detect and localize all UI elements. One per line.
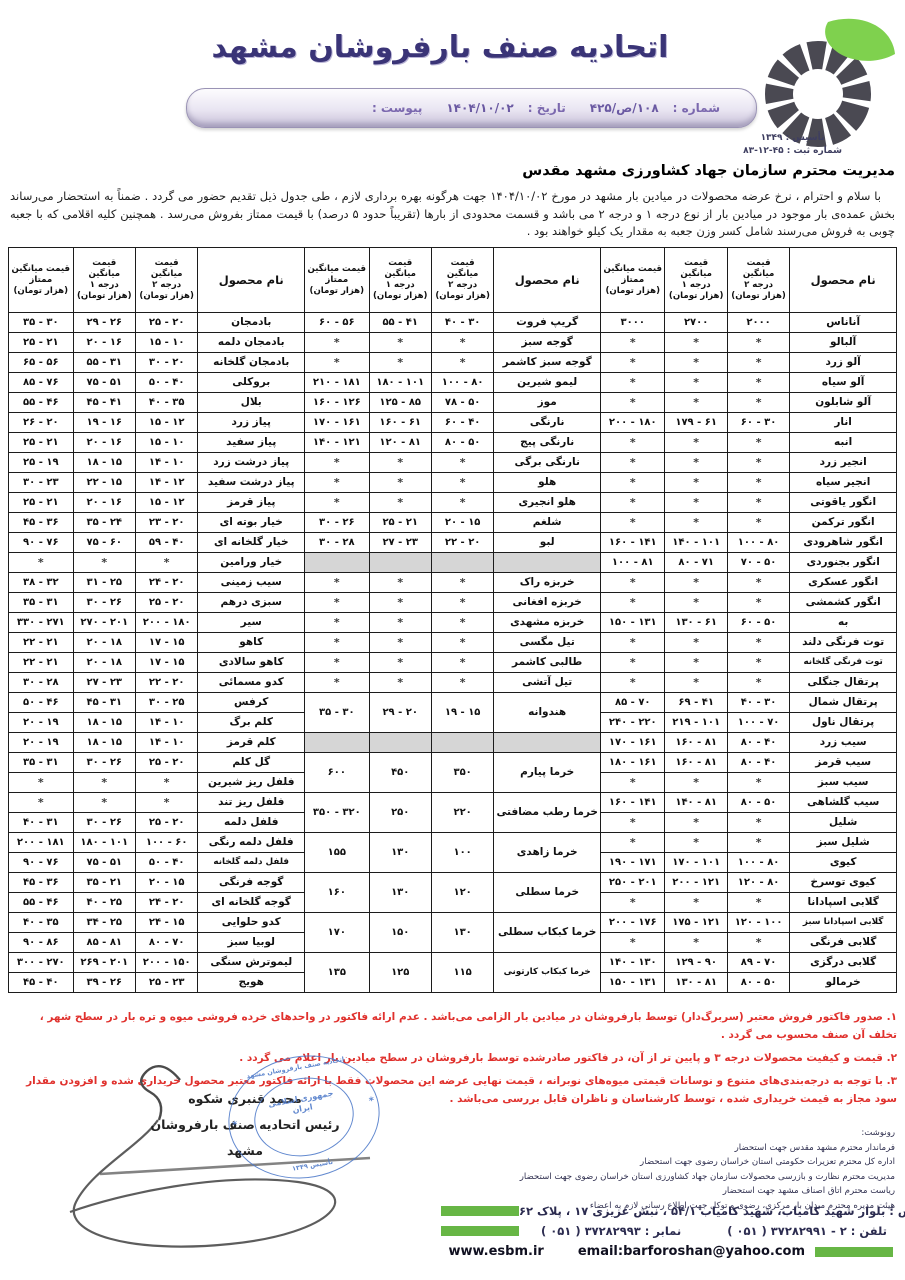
product-column-header: نام محصول [198,248,305,313]
product-name-cell: انجیر سیاه [790,473,897,493]
product-name-cell: خرما زاهدی [494,833,601,873]
product-name-cell: خیار گلخانه ای [198,533,305,553]
price-cell: ۴۶ - ۵۵ [9,893,74,913]
price-cell: ۲۳ - ۳۰ [9,473,74,493]
price-cell: ۸۱ - ۱۲۰ [369,433,431,453]
product-name-cell: گوجه سبز کاشمر [494,353,601,373]
price-cell: ۲۲۰ - ۲۴۰ [601,713,665,733]
price-cell: ۱۰۱ - ۱۸۰ [73,833,135,853]
price-cell: ۳۰ - ۶۰ [727,413,789,433]
no-supply-star-cell: * [727,393,789,413]
price-cell: ۲۷۰ - ۳۰۰ [9,953,74,973]
product-name-cell: خرما سطلی [494,873,601,913]
no-supply-star-cell: * [665,593,727,613]
product-name-cell: انگور ترکمن [790,513,897,533]
price-cell: ۱۲۶ - ۱۶۰ [305,393,369,413]
price-cell: ۴۱ - ۵۵ [369,313,431,333]
no-supply-star-cell: * [9,793,74,813]
product-name-cell: خیار بوته ای [198,513,305,533]
ref-attachment-label: پيوست : [372,101,422,115]
product-name-cell: طالبی کاشمر [494,653,601,673]
product-name-cell: بروکلی [198,373,305,393]
product-name-cell: پیاز درشت سفید [198,473,305,493]
price-cell: ۵۶ - ۶۵ [9,353,74,373]
price-cell: ۱۸۱ - ۲۰۰ [9,833,74,853]
product-name-cell: خربزه مشهدی [494,613,601,633]
price-cell: ۱۵ - ۱۸ [73,733,135,753]
product-name-cell: موز [494,393,601,413]
product-name-cell: شلیل سبز [790,833,897,853]
green-accent-bar [441,1206,519,1216]
price-cell: ۸۵ - ۱۲۵ [369,393,431,413]
no-supply-star-cell: * [727,373,789,393]
price-cell: ۲۰۱ - ۲۷۰ [73,613,135,633]
price-cell: ۲۱ - ۲۵ [9,493,74,513]
price-cell: ۲۰ - ۲۵ [135,593,197,613]
no-supply-star-cell: * [431,593,493,613]
price-cell: ۱۸۰ - ۲۰۰ [601,413,665,433]
no-supply-star-cell: * [135,553,197,573]
product-name-cell: انار [790,413,897,433]
no-supply-star-cell: * [601,473,665,493]
no-supply-star-cell: * [665,393,727,413]
price-cell: ۵۰ - ۸۰ [727,793,789,813]
product-name-cell: خرما کبکاب سطلی [494,913,601,953]
no-supply-star-cell: * [305,453,369,473]
price-cell: ۲۶ - ۳۰ [73,593,135,613]
price-column-header-grade1: قیمت میانگیندرجه ۱(هزار تومان) [665,248,727,313]
price-cell: ۱۰۱ - ۱۸۰ [369,373,431,393]
address-text: آدرس : بلوار شهید کامیاب، شهید کامیاب ۵۴… [519,1204,905,1218]
cc-title: رونوشت: [425,1126,895,1141]
price-cell: ۳۱ - ۴۰ [9,813,74,833]
no-supply-star-cell: * [601,933,665,953]
product-name-cell: آناناس [790,313,897,333]
no-supply-star-cell: * [665,373,727,393]
price-column-header-premium: قیمت میانگینممتاز(هزار تومان) [601,248,665,313]
phone-row: تلفن : ۲ - ۳۷۲۸۲۹۹۱ ( ۰۵۱ )نمابر : ۳۷۲۸۲… [441,1224,893,1238]
separator-cell [369,733,431,753]
price-cell: ۴۰ - ۴۵ [9,973,74,993]
ref-date-label: تاريخ : [528,101,566,115]
product-name-cell: لیمو شیرین [494,373,601,393]
price-cell: ۵۶ - ۶۰ [305,313,369,333]
no-supply-star-cell: * [665,633,727,653]
price-cell: ۱۶۱ - ۱۷۰ [305,413,369,433]
price-cell: ۱۵ - ۱۸ [73,713,135,733]
price-cell: ۱۷۰ [305,913,369,953]
price-column-header-grade1: قیمت میانگیندرجه ۱(هزار تومان) [369,248,431,313]
price-cell: ۲۰ - ۲۴ [135,893,197,913]
price-cell: ۵۱ - ۷۵ [73,373,135,393]
price-cell: ۲۳ - ۲۷ [369,533,431,553]
price-cell: ۱۶ - ۲۰ [73,493,135,513]
product-name-cell: شلغم [494,513,601,533]
price-cell: ۱۶ - ۲۰ [73,333,135,353]
product-name-cell: به [790,613,897,633]
phone-fax-text: تلفن : ۲ - ۳۷۲۸۲۹۹۱ ( ۰۵۱ )نمابر : ۳۷۲۸۲… [519,1224,893,1238]
price-cell: ۱۲۱ - ۱۴۰ [305,433,369,453]
no-supply-star-cell: * [9,553,74,573]
price-cell: ۱۵ - ۱۹ [431,693,493,733]
price-cell: ۵۰ - ۷۰ [727,553,789,573]
price-cell: ۲۰ - ۲۴ [135,573,197,593]
price-cell: ۵۱ - ۷۵ [73,853,135,873]
price-cell: ۶۰۰ [305,753,369,793]
price-cell: ۴۱ - ۴۵ [73,393,135,413]
price-cell: ۴۶ - ۵۵ [9,393,74,413]
no-supply-star-cell: * [727,513,789,533]
price-cell: ۸۱ - ۱۶۰ [665,753,727,773]
price-cell: ۳۲۰ - ۳۵۰ [305,793,369,833]
product-name-cell: نارنگی پیج [494,433,601,453]
product-name-cell: گریپ فروت [494,313,601,333]
no-supply-star-cell: * [727,933,789,953]
price-cell: ۲۰۱ - ۲۶۹ [73,953,135,973]
ref-number-value: ۱۰۸/ص/۴۲۵ [590,101,659,115]
price-cell: ۲۷۰۰ [665,313,727,333]
email-link[interactable]: email:barforoshan@yahoo.com [578,1244,805,1259]
price-cell: ۸۱ - ۸۵ [73,933,135,953]
price-cell: ۶۱ - ۱۶۰ [369,413,431,433]
product-name-cell: هندوانه [494,693,601,733]
product-name-cell: گلابی درگزی [790,953,897,973]
no-supply-star-cell: * [369,653,431,673]
price-cell: ۲۵ - ۴۰ [73,893,135,913]
cc-item: ریاست محترم اتاق اصناف مشهد جهت استحضار [425,1184,895,1199]
no-supply-star-cell: * [727,673,789,693]
price-cell: ۴۰ - ۸۰ [727,733,789,753]
no-supply-star-cell: * [135,773,197,793]
price-cell: ۵۰ - ۶۰ [727,613,789,633]
price-cell: ۲۱ - ۲۵ [9,433,74,453]
no-supply-star-cell: * [727,593,789,613]
price-cell: ۷۰ - ۸۰ [135,933,197,953]
price-cell: ۲۰ - ۳۰ [135,353,197,373]
price-cell: ۲۷۱ - ۳۳۰ [9,613,74,633]
product-column-header: نام محصول [790,248,897,313]
price-cell: ۲۰ - ۲۹ [369,693,431,733]
no-supply-star-cell: * [431,573,493,593]
page-title: اتحاديه صنف بارفروشان مشهد [205,30,675,65]
price-cell: ۱۳۰ - ۱۴۰ [601,953,665,973]
price-cell: ۳۱ - ۵۵ [73,353,135,373]
price-cell: ۷۰ - ۱۰۰ [727,713,789,733]
price-cell: ۷۶ - ۸۵ [9,373,74,393]
product-name-cell: نارنگی [494,413,601,433]
product-name-cell: انگور بجنوردی [790,553,897,573]
product-name-cell: کدو مسمائی [198,673,305,693]
no-supply-star-cell: * [665,673,727,693]
price-cell: ۱۵۰ [369,913,431,953]
price-table: نام محصولقیمت میانگیندرجه ۲(هزار تومان)ق… [8,247,897,993]
no-supply-star-cell: * [73,553,135,573]
no-supply-star-cell: * [601,433,665,453]
price-cell: ۱۳۵ [305,953,369,993]
cc-item: اداره کل محترم تعزیرات حکومتی استان خراس… [425,1155,895,1170]
price-cell: ۳۱ - ۳۵ [9,593,74,613]
no-supply-star-cell: * [727,633,789,653]
price-cell: ۱۰ - ۱۵ [135,433,197,453]
price-cell: ۱۸ - ۲۰ [73,633,135,653]
no-supply-star-cell: * [369,573,431,593]
price-cell: ۶۰ - ۱۰۰ [135,833,197,853]
price-cell: ۱۱۵ [431,953,493,993]
product-name-cell: گلابی اسپادانا [790,893,897,913]
registration-line: شماره ثبت : ۴۵-۱۲-۸۳ [690,145,895,158]
price-cell: ۳۱ - ۴۵ [73,693,135,713]
separator-cell [494,733,601,753]
price-cell: ۴۰ - ۵۹ [135,533,197,553]
product-name-cell: کاهو [198,633,305,653]
product-name-cell: گلابی اسپادانا سبز [790,913,897,933]
product-name-cell: انگور کشمشی [790,593,897,613]
product-name-cell: لوبیا سبز [198,933,305,953]
no-supply-star-cell: * [431,453,493,473]
price-cell: ۳۵ - ۴۰ [135,393,197,413]
price-cell: ۲۶ - ۳۰ [73,813,135,833]
no-supply-star-cell: * [369,633,431,653]
product-name-cell: انجیر زرد [790,453,897,473]
price-cell: ۲۸ - ۳۰ [305,533,369,553]
price-cell: ۱۷۱ - ۱۹۰ [601,853,665,873]
product-name-cell: پرتقال جنگلی [790,673,897,693]
product-name-cell: آلو زرد [790,353,897,373]
price-cell: ۱۸ - ۲۰ [73,653,135,673]
no-supply-star-cell: * [305,573,369,593]
footnote-2: ۲. قیمت و کیفیت محصولات درجه ۳ و پایین ت… [8,1049,897,1067]
separator-cell [305,733,369,753]
established-line: تأسیس : ۱۳۴۹ [690,132,895,145]
no-supply-star-cell: * [305,653,369,673]
price-cell: ۱۵ - ۲۰ [431,513,493,533]
no-supply-star-cell: * [431,633,493,653]
product-name-cell: سیب زمینی [198,573,305,593]
product-name-cell: فلفل دلمه رنگی [198,833,305,853]
product-name-cell: پیاز سفید [198,433,305,453]
no-supply-star-cell: * [665,333,727,353]
price-cell: ۲۰ - ۲۶ [9,413,74,433]
product-name-cell: فلفل ریز تند [198,793,305,813]
no-supply-star-cell: * [369,493,431,513]
price-cell: ۸۰ - ۱۰۰ [431,373,493,393]
product-name-cell: گوجه فرنگی [198,873,305,893]
no-supply-star-cell: * [601,673,665,693]
reference-bar: شماره : ۱۰۸/ص/۴۲۵ تاريخ : ۱۴۰۴/۱۰/۰۲ پيو… [186,88,757,128]
product-name-cell: هویج [198,973,305,993]
price-cell: ۱۷۶ - ۲۰۰ [601,913,665,933]
price-cell: ۲۰ - ۲۵ [135,313,197,333]
product-name-cell: نارنگی برگی [494,453,601,473]
no-supply-star-cell: * [727,333,789,353]
product-name-cell: خربزه راک [494,573,601,593]
web-email-text: www.esbm.iremail:barforoshan@yahoo.com [441,1244,815,1259]
price-cell: ۲۰۱ - ۲۵۰ [601,873,665,893]
no-supply-star-cell: * [73,793,135,813]
no-supply-star-cell: * [601,373,665,393]
price-cell: ۴۰ - ۸۰ [727,753,789,773]
product-name-cell: خرمالو [790,973,897,993]
product-name-cell: هلو انجیری [494,493,601,513]
price-cell: ۳۲ - ۳۸ [9,573,74,593]
green-accent-bar [815,1247,893,1257]
product-name-cell: فلفل دلمه گلخانه [198,853,305,873]
no-supply-star-cell: * [727,893,789,913]
letter-page: اتحاديه صنف بارفروشان مشهد شماره : ۱۰۸/ص… [0,0,905,1280]
price-cell: ۲۵ - ۳۴ [73,913,135,933]
no-supply-star-cell: * [9,773,74,793]
product-name-cell: کدو حلوایی [198,913,305,933]
no-supply-star-cell: * [665,893,727,913]
price-cell: ۱۰۱ - ۱۷۰ [665,853,727,873]
product-name-cell: سیب زرد [790,733,897,753]
price-cell: ۱۵ - ۲۲ [73,473,135,493]
fax-text: نمابر : ۳۷۲۸۲۹۹۳ ( ۰۵۱ ) [541,1224,681,1238]
price-cell: ۱۴۱ - ۱۶۰ [601,533,665,553]
no-supply-star-cell: * [665,813,727,833]
footnote-1: ۱. صدور فاکتور فروش معتبر (سربرگ‌دار) تو… [8,1008,897,1044]
price-cell: ۲۱ - ۳۵ [73,873,135,893]
no-supply-star-cell: * [601,493,665,513]
product-name-cell: خرما رطب مضافتی [494,793,601,833]
product-name-cell: لیموترش سنگی [198,953,305,973]
price-cell: ۲۲۰ [431,793,493,833]
product-name-cell: پیاز زرد [198,413,305,433]
price-cell: ۹۰ - ۱۲۹ [665,953,727,973]
price-column-header-premium: قیمت میانگینممتاز(هزار تومان) [305,248,369,313]
cc-list: رونوشت: فرماندار محترم مشهد مقدس جهت است… [425,1126,895,1214]
no-supply-star-cell: * [727,453,789,473]
product-name-cell: بلال [198,393,305,413]
product-column-header: نام محصول [494,248,601,313]
cc-item: مدیریت محترم نظارت و بازرسی محصولات سازم… [425,1170,895,1185]
no-supply-star-cell: * [369,353,431,373]
no-supply-star-cell: * [727,573,789,593]
product-name-cell: کلم برگ [198,713,305,733]
no-supply-star-cell: * [73,773,135,793]
price-cell: ۱۰۱ - ۱۴۰ [665,533,727,553]
price-cell: ۲۰ - ۲۲ [431,533,493,553]
price-cell: ۲۶ - ۳۰ [73,753,135,773]
separator-cell [305,553,369,573]
price-cell: ۸۰ - ۱۰۰ [727,533,789,553]
price-cell: ۱۲۰ [431,873,493,913]
price-cell: ۶۱ - ۱۳۰ [665,613,727,633]
product-name-cell: توت فرنگی دلند [790,633,897,653]
price-cell: ۸۱ - ۱۰۰ [601,553,665,573]
no-supply-star-cell: * [305,353,369,373]
no-supply-star-cell: * [305,493,369,513]
no-supply-star-cell: * [665,833,727,853]
price-cell: ۲۱ - ۲۲ [9,633,74,653]
product-name-cell: کیوی توسرخ [790,873,897,893]
no-supply-star-cell: * [369,613,431,633]
price-cell: ۲۰ - ۲۵ [135,753,197,773]
no-supply-star-cell: * [369,593,431,613]
price-cell: ۳۰۰۰ [601,313,665,333]
product-name-cell: کلم قرمز [198,733,305,753]
price-cell: ۸۰ - ۱۰۰ [727,853,789,873]
no-supply-star-cell: * [727,813,789,833]
price-cell: ۱۰ - ۱۴ [135,733,197,753]
price-cell: ۱۳۰ [431,913,493,953]
product-name-cell: خربزه افغانی [494,593,601,613]
product-name-cell: انگور عسکری [790,573,897,593]
product-name-cell: توت فرنگی گلخانه [790,653,897,673]
product-name-cell: پیاز قرمز [198,493,305,513]
no-supply-star-cell: * [601,833,665,853]
no-supply-star-cell: * [727,833,789,853]
no-supply-star-cell: * [431,653,493,673]
price-cell: ۵۰ - ۸۰ [431,433,493,453]
no-supply-star-cell: * [601,393,665,413]
no-supply-star-cell: * [369,473,431,493]
no-supply-star-cell: * [305,593,369,613]
price-cell: ۱۵ - ۲۴ [135,913,197,933]
price-cell: ۳۶ - ۴۵ [9,873,74,893]
product-name-cell: سیب سبز [790,773,897,793]
product-name-cell: پرتقال ناول [790,713,897,733]
product-name-cell: پرتقال شمال [790,693,897,713]
price-cell: ۵۰ - ۷۸ [431,393,493,413]
no-supply-star-cell: * [305,333,369,353]
no-supply-star-cell: * [601,513,665,533]
product-name-cell: انگور یاقوتی [790,493,897,513]
address-row: آدرس : بلوار شهید کامیاب، شهید کامیاب ۵۴… [441,1204,893,1218]
price-cell: ۱۰ - ۱۴ [135,713,197,733]
no-supply-star-cell: * [665,653,727,673]
price-cell: ۱۶۱ - ۱۸۰ [601,753,665,773]
product-name-cell: تیل آتشی [494,673,601,693]
price-cell: ۱۲۱ - ۱۷۵ [665,913,727,933]
no-supply-star-cell: * [727,353,789,373]
no-supply-star-cell: * [727,433,789,453]
product-name-cell: انگور شاهرودی [790,533,897,553]
logo-caption: تأسیس : ۱۳۴۹ شماره ثبت : ۴۵-۱۲-۸۳ [690,132,895,158]
product-name-cell: سیب قرمز [790,753,897,773]
no-supply-star-cell: * [601,453,665,473]
cc-item: فرماندار محترم مشهد مقدس جهت استحضار [425,1141,895,1156]
product-name-cell: گل کلم [198,753,305,773]
no-supply-star-cell: * [135,793,197,813]
product-name-cell: گلابی فرنگی [790,933,897,953]
price-cell: ۳۰ - ۴۰ [727,693,789,713]
price-cell: ۲۰ - ۲۵ [135,813,197,833]
product-name-cell: کرفس [198,693,305,713]
price-cell: ۱۰۰ - ۱۲۰ [727,913,789,933]
product-name-cell: خرما کبکاب کارتونی [494,953,601,993]
no-supply-star-cell: * [305,673,369,693]
price-cell: ۲۵ - ۳۰ [135,693,197,713]
no-supply-star-cell: * [601,893,665,913]
product-name-cell: گوجه گلخانه ای [198,893,305,913]
price-cell: ۴۰ - ۵۰ [135,373,197,393]
product-name-cell: آلو شابلون [790,393,897,413]
price-cell: ۲۱ - ۲۲ [9,653,74,673]
no-supply-star-cell: * [665,493,727,513]
price-cell: ۲۴ - ۳۵ [73,513,135,533]
green-accent-bar [441,1226,519,1236]
price-cell: ۸۰ - ۱۲۰ [727,873,789,893]
no-supply-star-cell: * [431,613,493,633]
website-link[interactable]: www.esbm.ir [448,1244,543,1259]
price-cell: ۱۵ - ۱۷ [135,653,197,673]
product-name-cell: گوجه سبز [494,333,601,353]
price-cell: ۷۶ - ۹۰ [9,533,74,553]
price-cell: ۴۱ - ۶۹ [665,693,727,713]
price-cell: ۲۰ - ۲۳ [135,513,197,533]
price-cell: ۳۰ - ۴۰ [431,313,493,333]
